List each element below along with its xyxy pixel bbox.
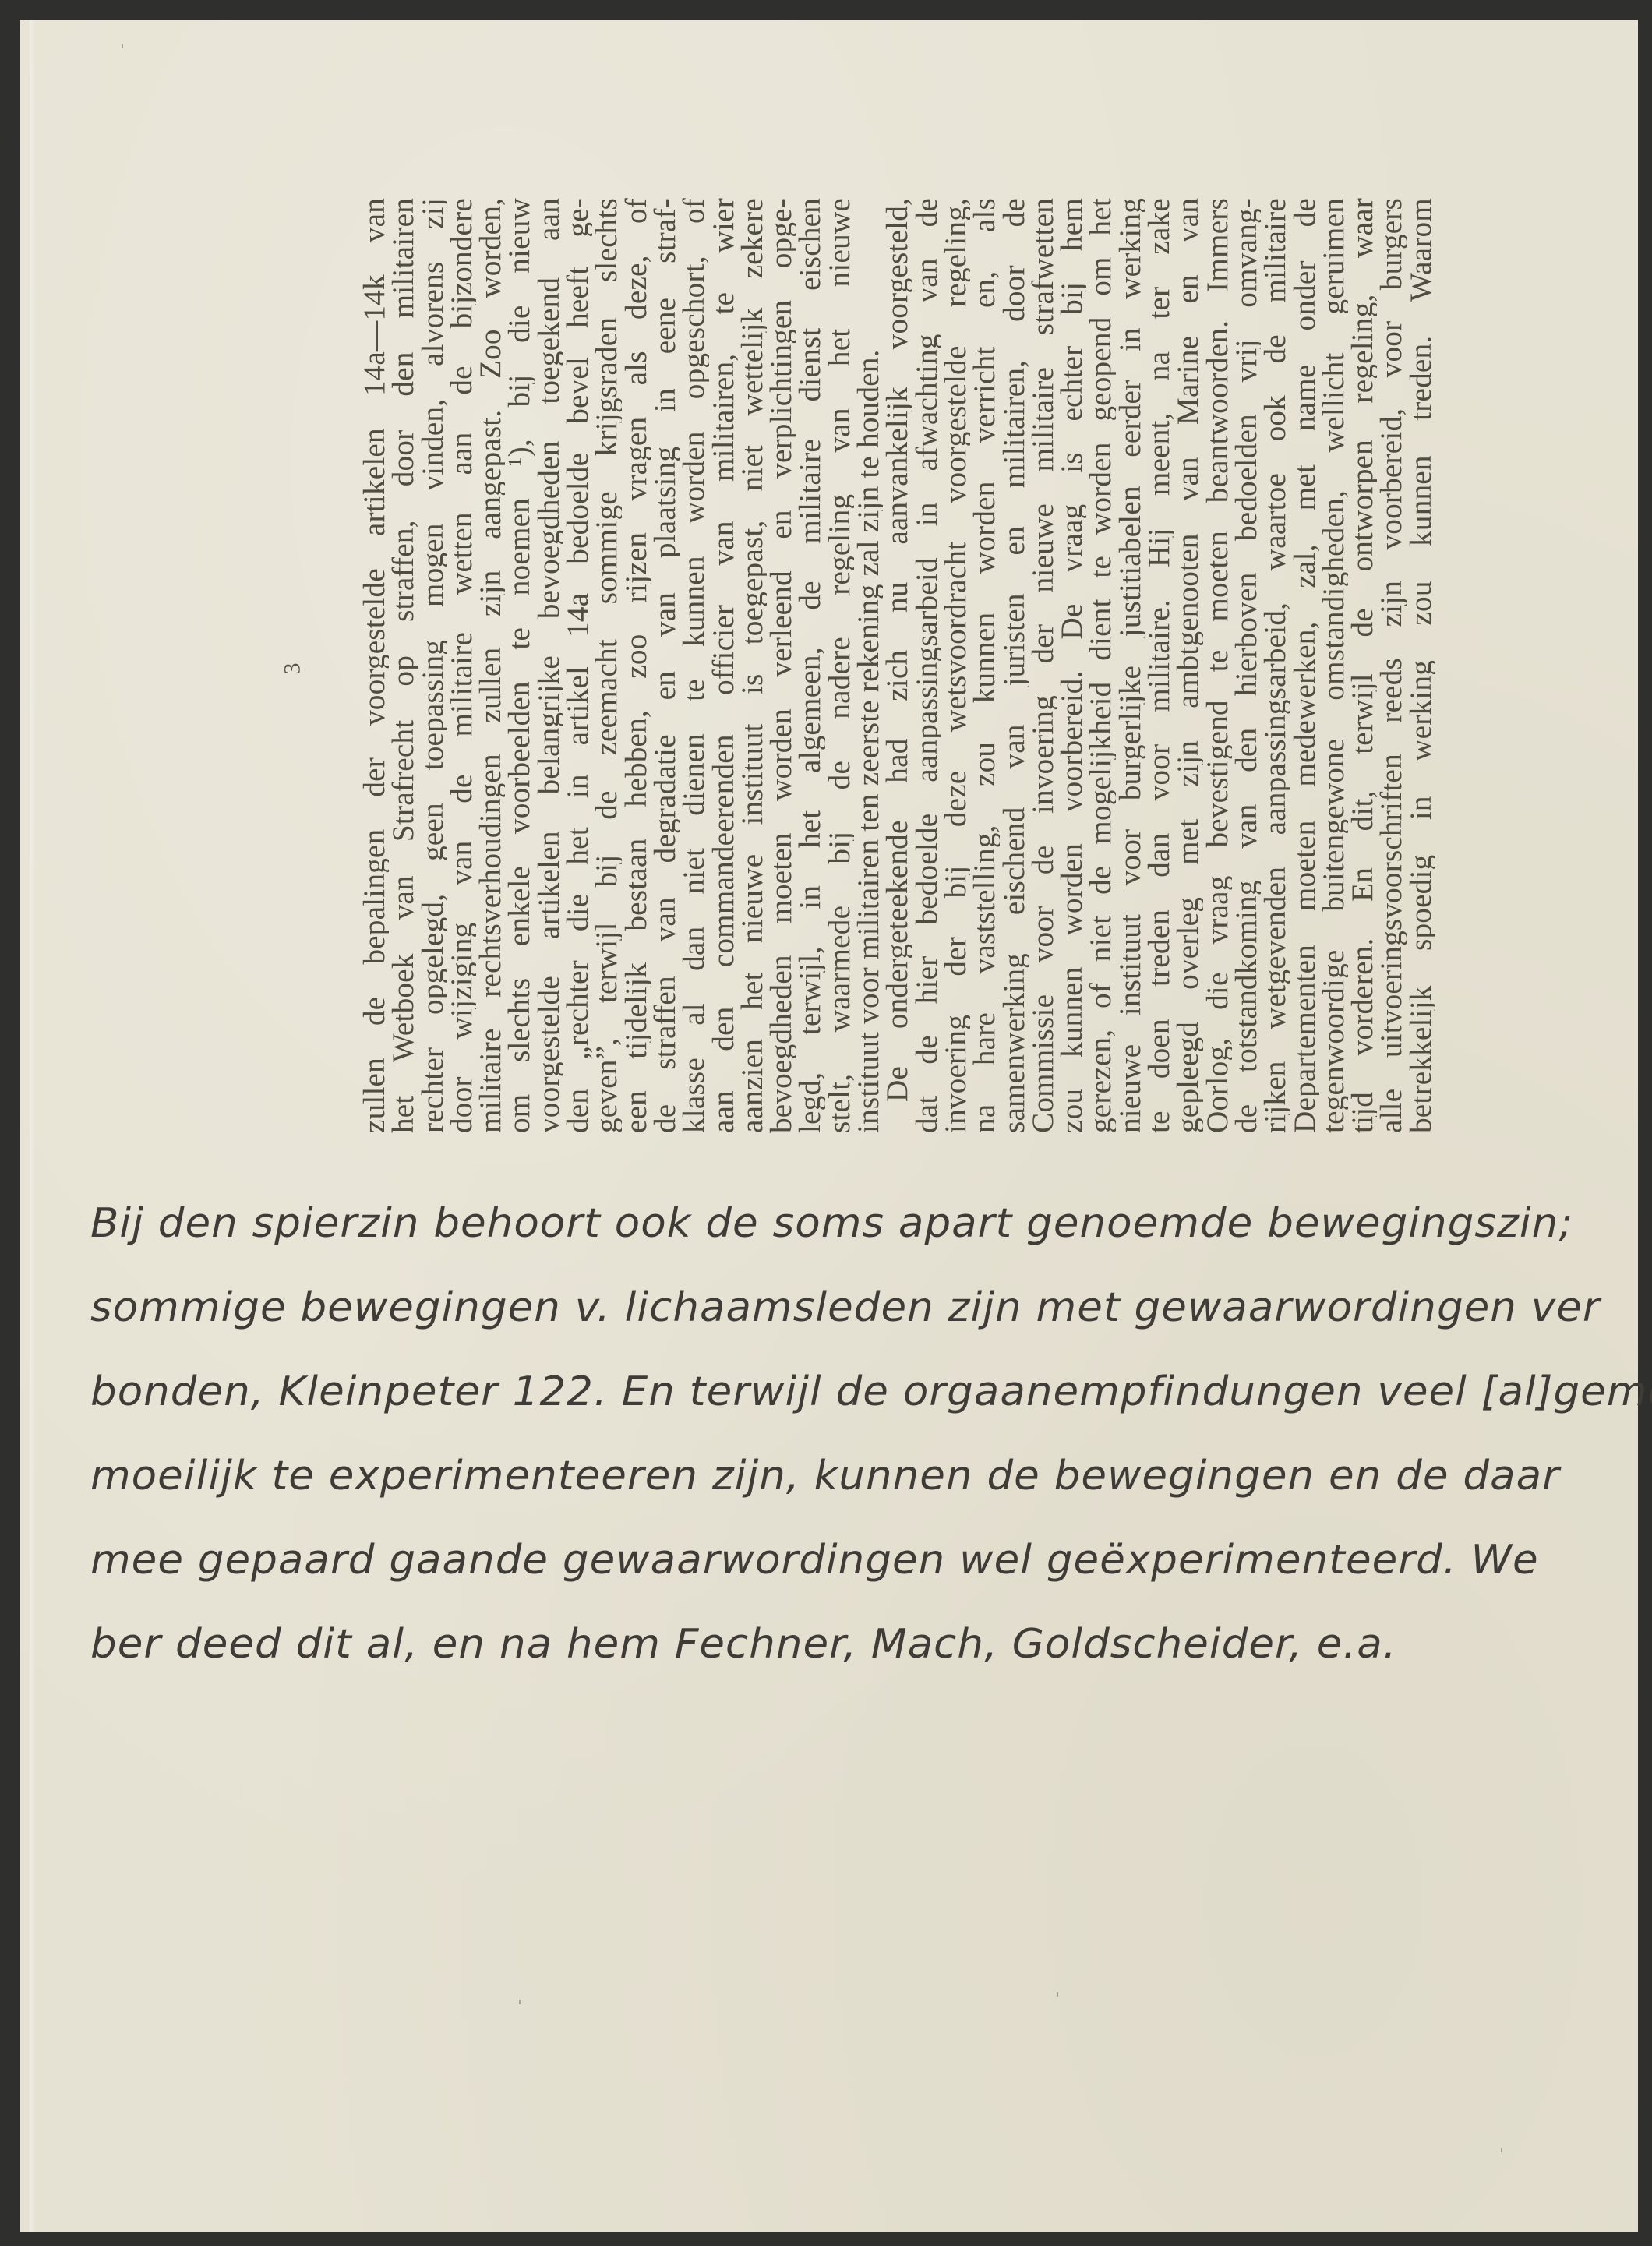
print-line: legd, terwijl, in het algemeen, de milit… (796, 198, 824, 1133)
print-line: alle uitvoeringsvoorschriften reeds zijn… (1377, 198, 1406, 1133)
print-line: gepleegd overleg met zijn ambtgenooten v… (1174, 198, 1202, 1133)
print-line: stelt, waarmede bij de nadere regeling v… (825, 198, 854, 1133)
print-line: nieuwe instituut voor burgerlijke justit… (1116, 198, 1145, 1133)
page-number: 3 (280, 663, 306, 675)
print-line: tegenwoordige buitengewone omstandighede… (1319, 198, 1348, 1133)
printed-text-region: zullen de bepalingen der voorgestelde ar… (360, 198, 1615, 1133)
print-line: rijken wetgevenden aanpassingsarbeid, wa… (1261, 198, 1290, 1133)
print-line: door wijziging van de militaire wetten a… (447, 198, 476, 1133)
print-line: om slechts enkele voorbeelden te noemen … (505, 198, 534, 1133)
page-fold-shadow (30, 20, 36, 2232)
print-line: aan den commandeerenden officier van mil… (709, 198, 738, 1133)
print-line: Oorlog, die vraag bevestigend te moeten … (1203, 198, 1232, 1133)
print-line: den „rechter die het in artikel 14a bedo… (563, 198, 592, 1133)
print-line: De ondergeteekende had zich nu aanvankel… (883, 198, 912, 1133)
print-line: dat de hier bedoelde aanpassingsarbeid i… (912, 198, 941, 1133)
handwritten-line: mee gepaard gaande gewaarwordingen wel g… (90, 1518, 1648, 1602)
print-line: het Wetboek van Strafrecht op straffen, … (389, 198, 418, 1133)
paper-speck (1057, 1992, 1058, 1997)
print-line: de straffen van degradatie en van plaats… (651, 198, 680, 1133)
paper-speck (519, 2000, 521, 2004)
handwritten-line: Bij den spierzin behoort ook de soms apa… (90, 1181, 1648, 1266)
paper-speck (1501, 2148, 1502, 2152)
handwritten-line: ber deed dit al, en na hem Fechner, Mach… (90, 1602, 1648, 1686)
handwritten-line: bonden, Kleinpeter 122. En terwijl de or… (90, 1350, 1648, 1434)
print-line: aanzien het nieuwe instituut is toegepas… (738, 198, 767, 1133)
print-line: voorgestelde artikelen belangrijke bevoe… (535, 198, 563, 1133)
print-line: zullen de bepalingen der voorgestelde ar… (360, 198, 389, 1133)
handwritten-line: sommige bewegingen v. lichaamsleden zijn… (90, 1266, 1648, 1350)
print-line: een tijdelijk bestaan hebben, zoo rijzen… (622, 198, 651, 1133)
print-line: instituut voor militairen ten zeerste re… (854, 198, 883, 1133)
handwritten-line: moeilijk te experimenteeren zijn, kunnen… (90, 1434, 1648, 1518)
print-line: betrekkelijk spoedig in werking zou kunn… (1407, 198, 1435, 1133)
print-line: de totstandkoming van den hierboven bedo… (1232, 198, 1261, 1133)
print-line: zou kunnen worden voorbereid. De vraag i… (1057, 198, 1086, 1133)
print-line: te doen treden dan voor militaire. Hij m… (1145, 198, 1174, 1133)
print-line: rechter opgelegd, geen toepassing mogen … (418, 198, 447, 1133)
handwritten-notes: Bij den spierzin behoort ook de soms apa… (90, 1181, 1618, 1686)
print-line: geven”, terwijl bij de zeemacht sommige … (592, 198, 621, 1133)
printed-text-block: zullen de bepalingen der voorgestelde ar… (360, 198, 1435, 1133)
print-line: tijd vorderen. En dit, terwijl de ontwor… (1348, 198, 1377, 1133)
print-line: klasse al dan niet dienen te kunnen word… (680, 198, 708, 1133)
paper-speck (122, 44, 123, 48)
print-line: bevoegdheden moeten worden verleend en v… (767, 198, 796, 1133)
print-line: samenwerking eischend van juristen en mi… (1000, 198, 1029, 1133)
print-line: gerezen, of niet de mogelijkheid dient t… (1086, 198, 1115, 1133)
document-page: 3 zullen de bepalingen der voorgestelde … (20, 20, 1638, 2232)
print-line: invoering der bij deze wetsvoordracht vo… (941, 198, 970, 1133)
print-line: Departementen moeten medewerken, zal, me… (1290, 198, 1319, 1133)
print-line: na hare vaststelling, zou kunnen worden … (970, 198, 999, 1133)
print-line: militaire rechtsverhoudingen zullen zijn… (476, 198, 505, 1133)
print-line: Commissie voor de invoering der nieuwe m… (1029, 198, 1057, 1133)
